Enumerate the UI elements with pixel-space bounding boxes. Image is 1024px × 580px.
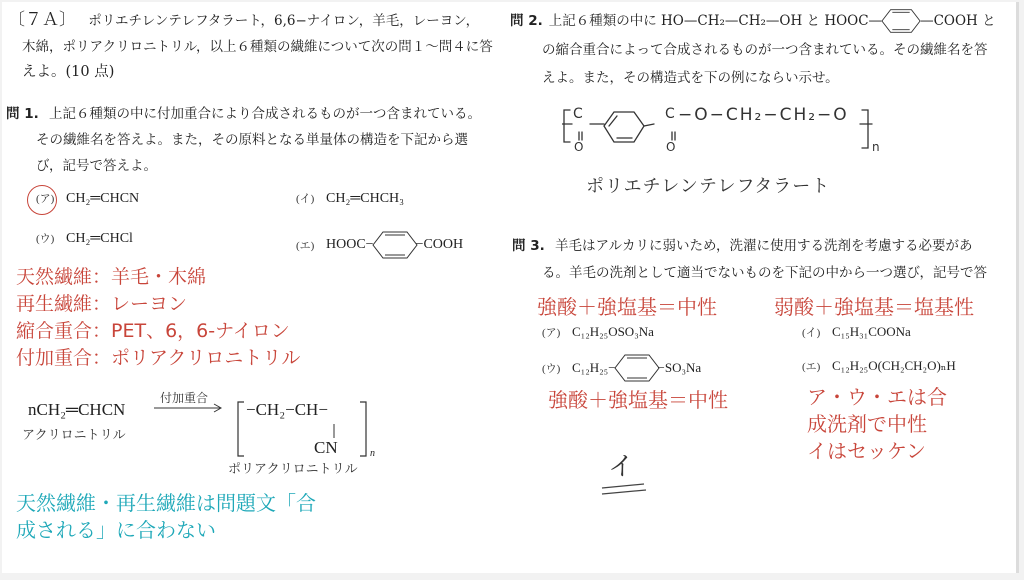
option-label: (ウ) bbox=[36, 230, 66, 246]
handwritten-answer-pet: ポリエチレンテレフタラート bbox=[586, 172, 830, 198]
q1-teal-note: 天然繊維・再生繊維は問題文「合 成される」に合わない bbox=[16, 490, 316, 544]
benzene-ring-icon bbox=[372, 230, 418, 260]
reactant-name: アクリロニトリル bbox=[22, 424, 126, 448]
q2-number: 問 2. bbox=[510, 9, 543, 33]
q3-red-note-below: 強酸＋強塩基＝中性 bbox=[548, 384, 728, 413]
q3-red-summary: ア・ウ・エは合 成洗剤で中性 イはセッケン bbox=[807, 384, 947, 465]
option-formula: CH₂═CHCN bbox=[66, 191, 139, 206]
option-formula: C₁₂H₂₅OSO₃Na bbox=[572, 324, 654, 339]
q3-option-u: (ウ) C₁₂H₂₅− −SO₃Na bbox=[542, 353, 701, 383]
q1-text-1: 上記６種類の中に付加重合により合成されるものが一つ含まれている。 bbox=[49, 106, 481, 122]
teal-note-line-1: 天然繊維・再生繊維は問題文「合 bbox=[16, 490, 316, 517]
intro-line-1: 〔７Ａ〕 ポリエチレンテレフタラート，6,6−ナイロン，羊毛，レーヨン， bbox=[8, 8, 479, 33]
hand-n: n bbox=[872, 140, 880, 154]
q3-line-2: る。羊毛の洗剤として適当でないものを下記の中から一つ選び，記号で答 bbox=[542, 261, 987, 285]
product-branch: CN bbox=[314, 438, 338, 458]
q3-option-i: (イ)C₁₅H₃₁COONa bbox=[802, 324, 911, 340]
section-label: 〔７Ａ〕 bbox=[8, 10, 76, 30]
option-label: (ア) bbox=[36, 190, 66, 206]
answer-underline-mark bbox=[600, 482, 650, 498]
summary-line-3: イはセッケン bbox=[807, 438, 947, 465]
product-formula-top: −CH₂−CH− bbox=[246, 400, 328, 420]
option-formula-right: −COOH bbox=[416, 237, 464, 253]
q1-option-a: (ア)CH₂═CHCN bbox=[36, 190, 139, 207]
option-formula: CH₂═CHCl bbox=[66, 231, 133, 246]
q3-number: 問 3. bbox=[512, 238, 545, 254]
option-label: (イ) bbox=[296, 190, 326, 206]
option-formula: CH₂═CHCH₃ bbox=[326, 191, 404, 206]
option-label: (ウ) bbox=[542, 360, 572, 376]
summary-line-2: 成洗剤で中性 bbox=[807, 411, 947, 438]
hand-o2: O bbox=[666, 140, 675, 154]
q2-line-1: 問 2. 上記６種類の中に HO—CH₂—CH₂—OH と HOOC— —COO… bbox=[510, 8, 996, 34]
reactant-formula: nCH₂═CHCN bbox=[28, 400, 125, 420]
q1-line-3: び，記号で答えよ。 bbox=[36, 154, 157, 178]
teal-note-line-2: 成される」に合わない bbox=[16, 517, 316, 544]
q3-text-1: 羊毛はアルカリに弱いため，洗濯に使用する洗剤を考慮する必要があ bbox=[555, 238, 972, 254]
summary-line-1: ア・ウ・エは合 bbox=[807, 384, 947, 411]
option-formula: C₁₅H₃₁COONa bbox=[832, 324, 911, 339]
q3-red-note-left: 強酸＋強塩基＝中性 bbox=[537, 291, 717, 320]
hand-c2: C bbox=[665, 106, 675, 122]
q2-text-1b: —COOH と bbox=[920, 9, 996, 33]
intro-line-3: えよ。(10 点) bbox=[22, 60, 114, 84]
q1-option-u: (ウ)CH₂═CHCl bbox=[36, 230, 133, 247]
exam-page: 〔７Ａ〕 ポリエチレンテレフタラート，6,6−ナイロン，羊毛，レーヨン， 木綿，… bbox=[2, 2, 1019, 573]
q3-option-a: (ア)C₁₂H₂₅OSO₃Na bbox=[542, 324, 654, 340]
q3-handwritten-answer: イ bbox=[608, 446, 634, 483]
q1-line-1: 問 1. 上記６種類の中に付加重合により合成されるものが一つ含まれている。 bbox=[6, 102, 481, 126]
option-formula: C₁₂H₂₅O(CH₂CH₂O)ₙH bbox=[832, 358, 956, 373]
hand-chain: −O−CH₂−CH₂−O bbox=[678, 105, 849, 125]
note-addition: 付加重合：ポリアクリロニトリル bbox=[16, 345, 300, 372]
option-label: (エ) bbox=[296, 237, 326, 253]
option-label: (ア) bbox=[542, 324, 572, 340]
q1-option-i: (イ)CH₂═CHCH₃ bbox=[296, 190, 404, 207]
hand-o1: O bbox=[574, 140, 583, 154]
q1-option-e: (エ) HOOC− −COOH bbox=[296, 230, 463, 260]
note-condensation: 縮合重合：PET、6，6-ナイロン bbox=[16, 318, 300, 345]
hand-c1: C bbox=[573, 106, 583, 122]
benzene-ring-icon bbox=[614, 353, 660, 383]
product-name: ポリアクリロニトリル bbox=[228, 458, 358, 482]
q1-number: 問 1. bbox=[6, 106, 39, 122]
q3-option-e: (エ)C₁₂H₂₅O(CH₂CH₂O)ₙH bbox=[802, 358, 956, 374]
q2-text-1a: 上記６種類の中に HO—CH₂—CH₂—OH と HOOC— bbox=[549, 9, 882, 33]
q2-line-2: の縮合重合によって合成されるものが一つ含まれている。その繊維名を答 bbox=[542, 38, 988, 62]
intro-text-1: ポリエチレンテレフタラート，6,6−ナイロン，羊毛，レーヨン， bbox=[88, 13, 479, 29]
note-natural-fiber: 天然繊維：羊毛・木綿 bbox=[16, 264, 300, 291]
q3-red-note-right: 弱酸＋強塩基＝塩基性 bbox=[774, 291, 974, 320]
product-subscript-n: n bbox=[370, 448, 375, 459]
q1-line-2: その繊維名を答えよ。また，その原料となる単量体の構造を下記から選 bbox=[36, 128, 468, 152]
option-formula-left: HOOC− bbox=[326, 237, 374, 253]
benzene-ring-icon bbox=[880, 8, 922, 34]
note-regenerated-fiber: 再生繊維：レーヨン bbox=[16, 291, 300, 318]
option-formula-right: −SO₃Na bbox=[658, 360, 702, 376]
reaction-arrow-icon bbox=[154, 402, 224, 414]
q1-red-notes: 天然繊維：羊毛・木綿 再生繊維：レーヨン 縮合重合：PET、6，6-ナイロン 付… bbox=[16, 264, 300, 372]
option-label: (エ) bbox=[802, 358, 832, 374]
option-label: (イ) bbox=[802, 324, 832, 340]
intro-line-2: 木綿，ポリアクリロニトリル，以上６種類の繊維について次の問１〜問４に答 bbox=[22, 35, 493, 59]
q3-line-1: 問 3. 羊毛はアルカリに弱いため，洗濯に使用する洗剤を考慮する必要があ bbox=[512, 234, 972, 258]
option-formula-left: C₁₂H₂₅− bbox=[572, 360, 616, 376]
q2-line-3: えよ。また，その構造式を下の例にならい示せ。 bbox=[542, 66, 839, 90]
